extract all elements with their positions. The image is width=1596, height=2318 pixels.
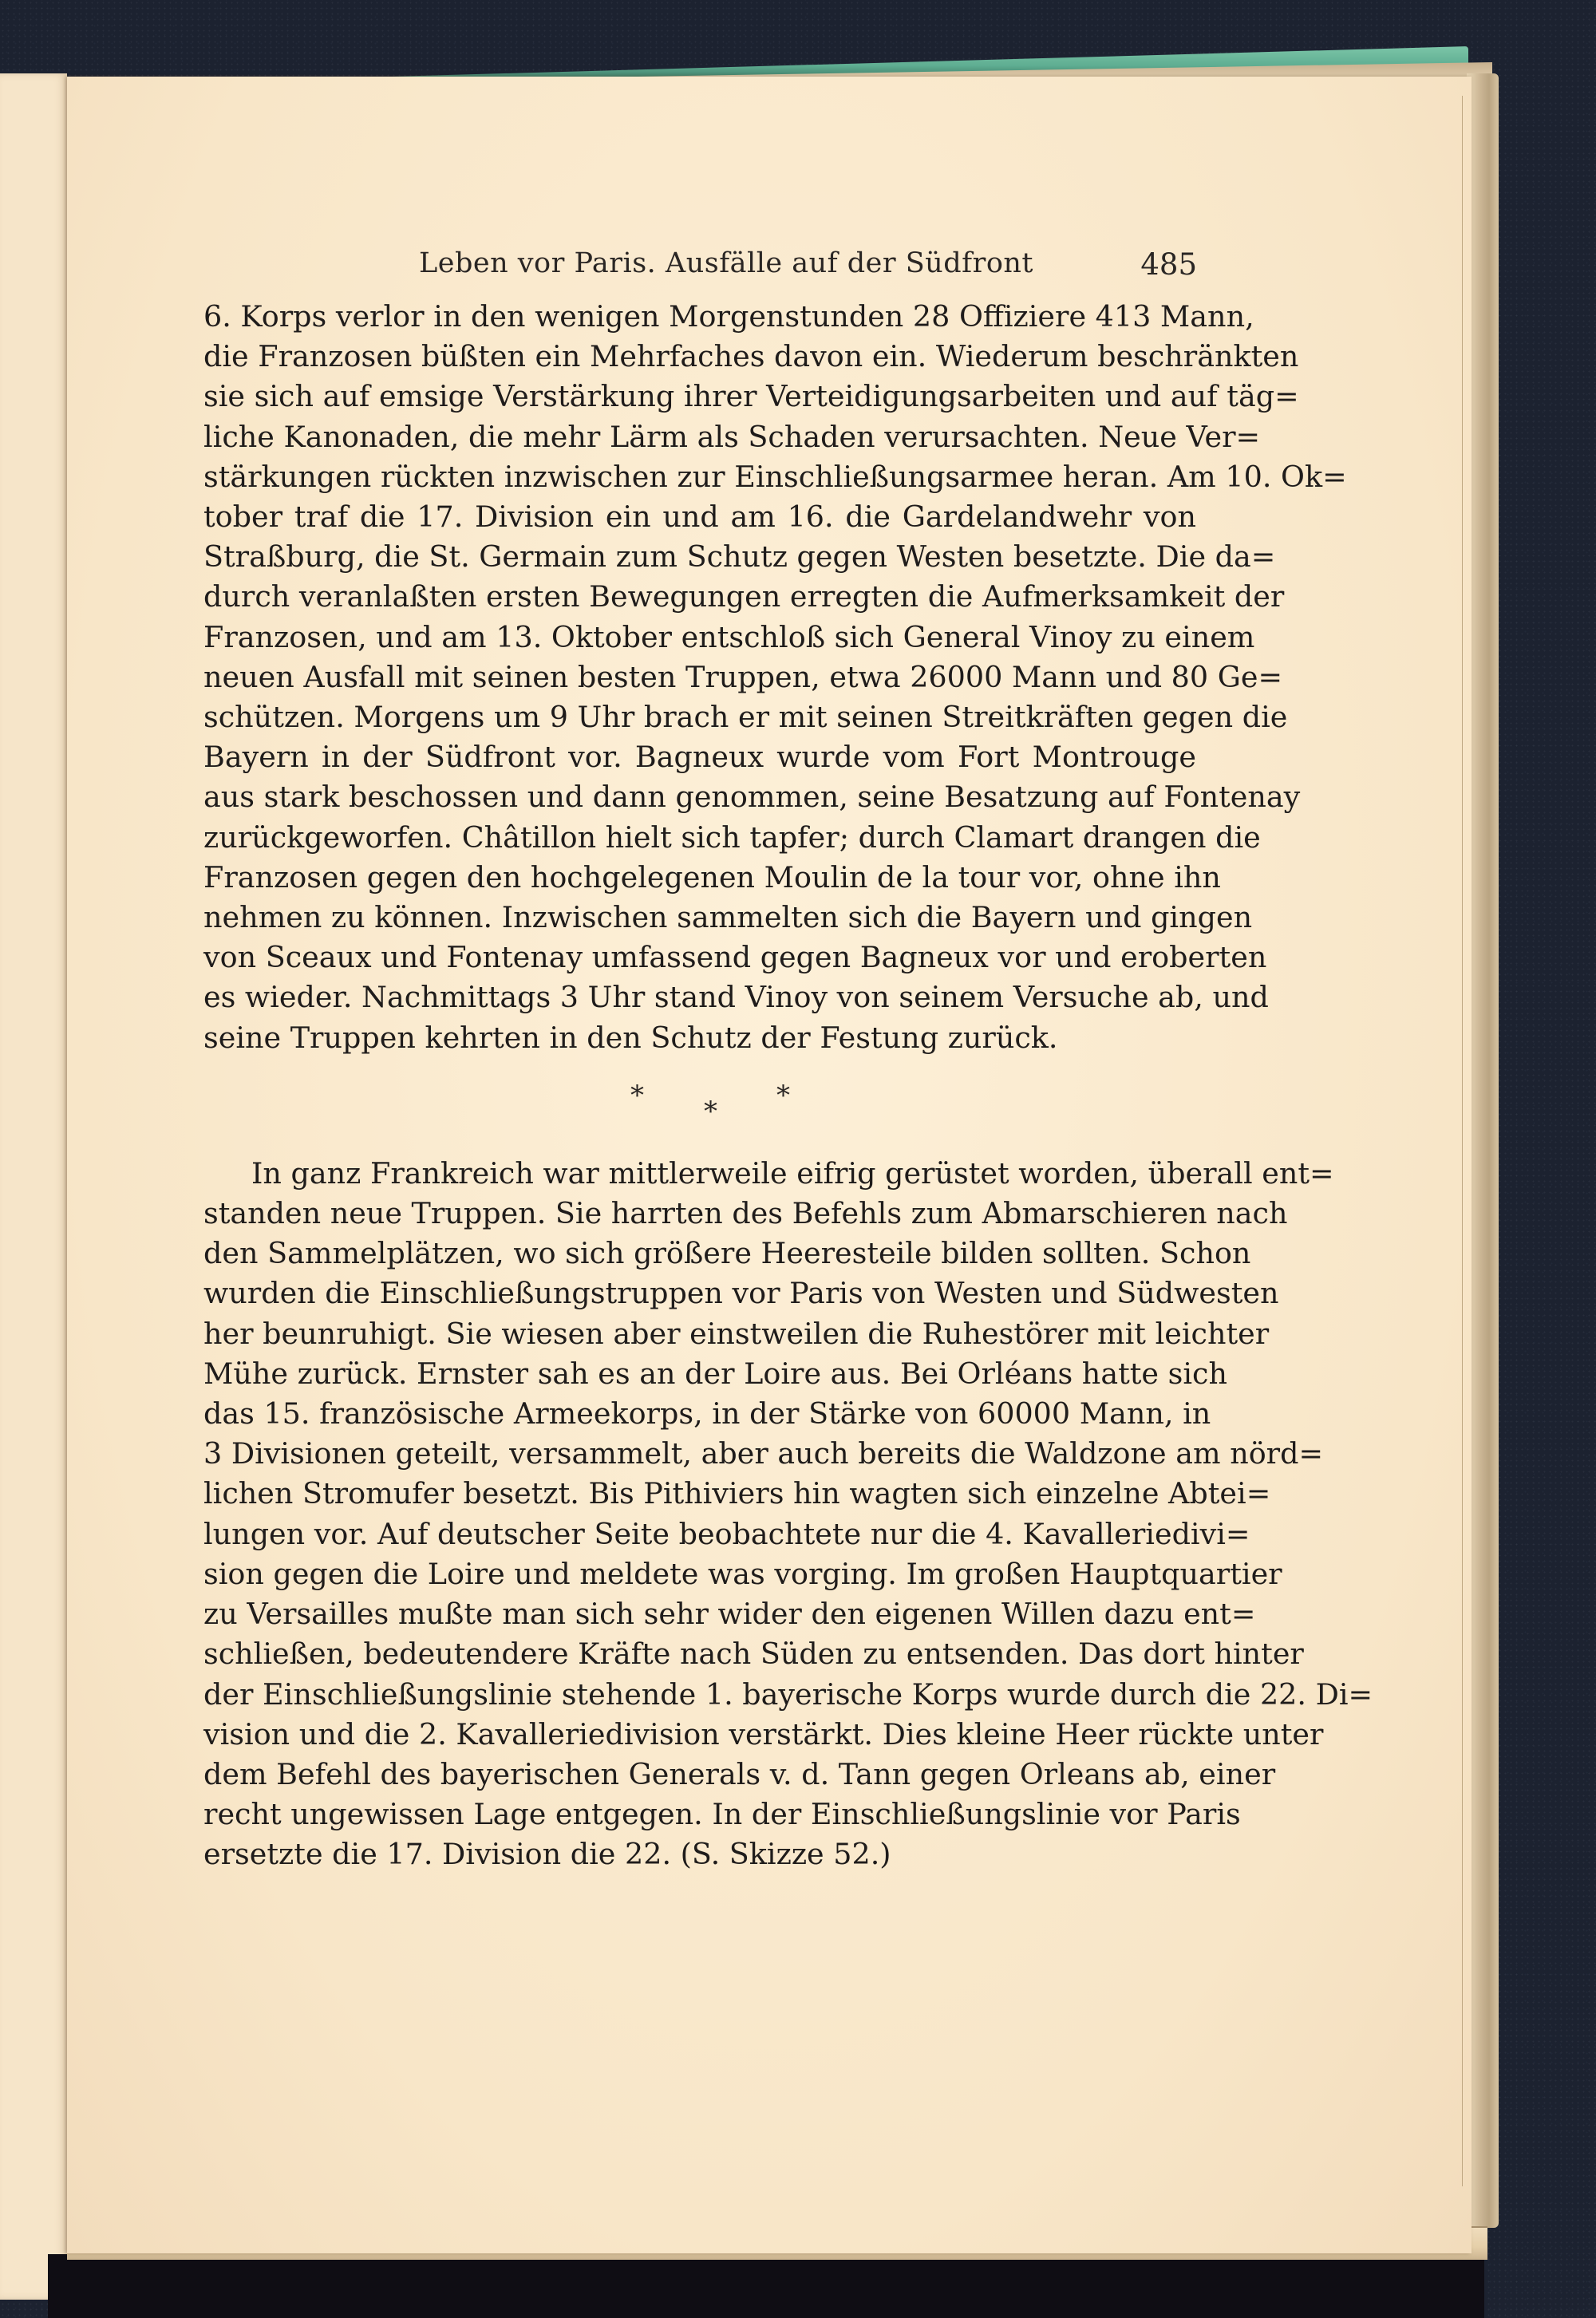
text-line: das 15. französische Armeekorps, in der … xyxy=(203,1394,1196,1434)
body-text: 6. Korps verlor in den wenigen Morgenstu… xyxy=(203,297,1196,1875)
text-line: die Franzosen büßten ein Mehrfaches davo… xyxy=(203,337,1196,377)
page-edge-rule xyxy=(1462,96,1463,2186)
section-break: * * * xyxy=(203,1058,1196,1154)
text-line: lungen vor. Auf deutscher Seite beobacht… xyxy=(203,1514,1196,1554)
text-line: Franzosen gegen den hochgelegenen Moulin… xyxy=(203,858,1196,898)
text-line: von Sceaux und Fontenay umfassend gegen … xyxy=(203,938,1196,977)
text-line: 3 Divisionen geteilt, versammelt, aber a… xyxy=(203,1434,1196,1474)
text-line: wurden die Einschließungstruppen vor Par… xyxy=(203,1274,1196,1313)
text-line: es wieder. Nachmittags 3 Uhr stand Vinoy… xyxy=(203,977,1196,1017)
text-line: Franzosen, und am 13. Oktober entschloß … xyxy=(203,618,1196,657)
running-head: Leben vor Paris. Ausfälle auf der Südfro… xyxy=(199,239,1197,287)
asterisk: * xyxy=(704,1092,717,1131)
text-line: aus stark beschossen und dann genommen, … xyxy=(203,777,1196,817)
asterisk: * xyxy=(630,1076,644,1116)
text-line: tober traf die 17. Division ein und am 1… xyxy=(203,497,1196,537)
text-line: vision und die 2. Kavalleriedivision ver… xyxy=(203,1715,1196,1755)
text-line: stärkungen rückten inzwischen zur Einsch… xyxy=(203,457,1196,497)
book-bottom-shadow xyxy=(48,2254,1484,2318)
text-line: her beunruhigt. Sie wiesen aber einstwei… xyxy=(203,1314,1196,1354)
text-line: recht ungewissen Lage entgegen. In der E… xyxy=(203,1795,1196,1834)
text-line: dem Befehl des bayerischen Generals v. d… xyxy=(203,1755,1196,1795)
text-line: neuen Ausfall mit seinen besten Truppen,… xyxy=(203,657,1196,697)
text-line: Bayern in der Südfront vor. Bagneux wurd… xyxy=(203,737,1196,777)
text-line: der Einschließungslinie stehende 1. baye… xyxy=(203,1675,1196,1715)
paragraph-2: In ganz Frankreich war mittlerweile eifr… xyxy=(203,1154,1196,1875)
text-line: ersetzte die 17. Division die 22. (S. Sk… xyxy=(203,1834,1196,1874)
paragraph-1: 6. Korps verlor in den wenigen Morgenstu… xyxy=(203,297,1196,1058)
text-line: durch veranlaßten ersten Bewegungen erre… xyxy=(203,577,1196,617)
text-line: zurückgeworfen. Châtillon hielt sich tap… xyxy=(203,818,1196,858)
text-line: seine Truppen kehrten in den Schutz der … xyxy=(203,1018,1196,1058)
asterisk: * xyxy=(776,1076,790,1116)
text-line: zu Versailles mußte man sich sehr wider … xyxy=(203,1594,1196,1634)
text-line: schützen. Morgens um 9 Uhr brach er mit … xyxy=(203,697,1196,737)
text-line: standen neue Truppen. Sie harrten des Be… xyxy=(203,1194,1196,1234)
left-facing-page-edge xyxy=(0,73,67,2300)
text-line: schließen, bedeutendere Kräfte nach Süde… xyxy=(203,1634,1196,1674)
text-line: sie sich auf emsige Verstärkung ihrer Ve… xyxy=(203,377,1196,417)
page-number: 485 xyxy=(1140,247,1197,282)
text-line: nehmen zu können. Inzwischen sammelten s… xyxy=(203,898,1196,938)
page-stack-right xyxy=(1467,73,1499,2228)
text-line: liche Kanonaden, die mehr Lärm als Schad… xyxy=(203,417,1196,457)
text-line: Mühe zurück. Ernster sah es an der Loire… xyxy=(203,1354,1196,1394)
running-head-title: Leben vor Paris. Ausfälle auf der Südfro… xyxy=(419,247,1033,279)
text-line: den Sammelplätzen, wo sich größere Heere… xyxy=(203,1234,1196,1274)
text-line: Straßburg, die St. Germain zum Schutz ge… xyxy=(203,537,1196,577)
text-line: sion gegen die Loire und meldete was vor… xyxy=(203,1554,1196,1594)
text-line: In ganz Frankreich war mittlerweile eifr… xyxy=(203,1154,1196,1194)
text-line: lichen Stromufer besetzt. Bis Pithiviers… xyxy=(203,1474,1196,1514)
text-line: 6. Korps verlor in den wenigen Morgenstu… xyxy=(203,297,1196,337)
